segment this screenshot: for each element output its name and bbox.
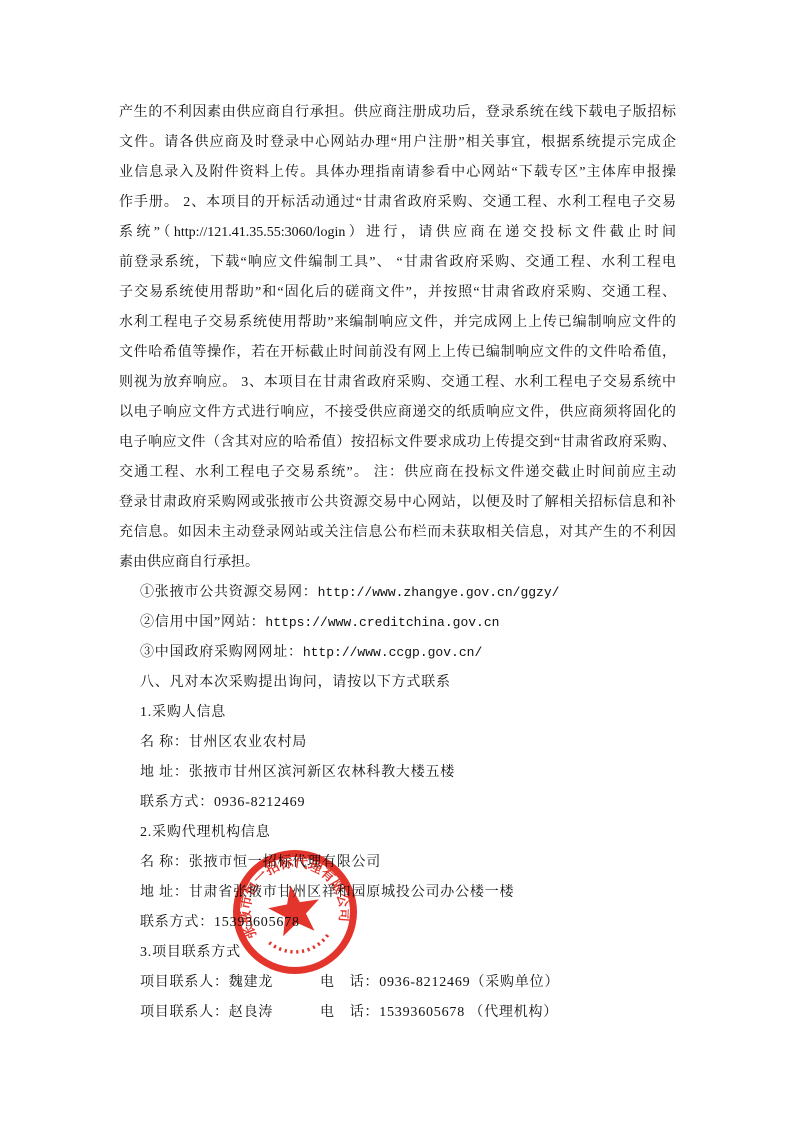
agency-name: 名 称：张掖市恒一招标代理有限公司 [119, 848, 676, 878]
link-label: ①张掖市公共资源交易网： [140, 585, 318, 600]
paragraph-line: 登录甘肃政府采购网或张掖市公共资源交易中心网站，以便及时了解相关招标信息和补 [119, 488, 676, 518]
zhangye-ggzy-url[interactable]: http://www.zhangye.gov.cn/ggzy/ [318, 585, 560, 600]
paragraph-line: 子交易系统使用帮助”和“固化后的磋商文件”，并按照“甘肃省政府采购、交通工程、 [119, 278, 676, 308]
paragraph-line: 则视为放弃响应。 3、本项目在甘肃省政府采购、交通工程、水利工程电子交易系统中 [119, 368, 676, 398]
link-line-ccgp: ③中国政府采购网网址：http://www.ccgp.gov.cn/ [119, 638, 676, 668]
paragraph-line: 素由供应商自行承担。 [119, 548, 676, 578]
link-line-zhangye: ①张掖市公共资源交易网：http://www.zhangye.gov.cn/gg… [119, 578, 676, 608]
link-label: ③中国政府采购网网址： [140, 645, 303, 660]
paragraph-line: 交通工程、水利工程电子交易系统”。 注：供应商在投标文件递交截止时间前应主动 [119, 458, 676, 488]
section-heading-contact-methods: 八、凡对本次采购提出询问，请按以下方式联系 [119, 668, 676, 698]
document-content: 产生的不利因素由供应商自行承担。供应商注册成功后，登录系统在线下载电子版招标文件… [119, 98, 676, 1028]
agency-info-heading: 2.采购代理机构信息 [119, 818, 676, 848]
contact-phone: 电 话：15393605678 （代理机构） [320, 998, 558, 1028]
contact-phone: 电 话：0936-8212469（采购单位） [320, 968, 559, 998]
agency-phone: 联系方式：15393605678 [119, 908, 676, 938]
paragraph-line: 系统”（http://121.41.35.55:3060/login）进行，请供… [119, 218, 676, 248]
purchaser-phone: 联系方式：0936-8212469 [119, 788, 676, 818]
project-contact-row: 项目联系人：赵良涛 电 话：15393605678 （代理机构） [119, 998, 676, 1028]
body-paragraph: 产生的不利因素由供应商自行承担。供应商注册成功后，登录系统在线下载电子版招标文件… [119, 98, 676, 578]
contact-person: 项目联系人：赵良涛 [140, 998, 320, 1028]
paragraph-line: 文件哈希值等操作，若在开标截止时间前没有网上上传已编制响应文件的文件哈希值， [119, 338, 676, 368]
purchaser-info-heading: 1.采购人信息 [119, 698, 676, 728]
paragraph-line: 以电子响应文件方式进行响应，不接受供应商递交的纸质响应文件，供应商须将固化的 [119, 398, 676, 428]
paragraph-line: 产生的不利因素由供应商自行承担。供应商注册成功后，登录系统在线下载电子版招标 [119, 98, 676, 128]
link-line-creditchina: ②信用中国”网站：https://www.creditchina.gov.cn [119, 608, 676, 638]
contact-person: 项目联系人：魏建龙 [140, 968, 320, 998]
agency-address: 地 址：甘肃省张掖市甘州区祥和园原城投公司办公楼一楼 [119, 878, 676, 908]
paragraph-line: 电子响应文件（含其对应的哈希值）按招标文件要求成功上传提交到“甘肃省政府采购、 [119, 428, 676, 458]
link-label: ②信用中国”网站： [140, 615, 265, 630]
document-page: 产生的不利因素由供应商自行承担。供应商注册成功后，登录系统在线下载电子版招标文件… [0, 0, 793, 1122]
paragraph-line: 前登录系统，下载“响应文件编制工具”、 “甘肃省政府采购、交通工程、水利工程电 [119, 248, 676, 278]
purchaser-address: 地 址：张掖市甘州区滨河新区农林科教大楼五楼 [119, 758, 676, 788]
ccgp-url[interactable]: http://www.ccgp.gov.cn/ [303, 645, 482, 660]
creditchina-url[interactable]: https://www.creditchina.gov.cn [265, 615, 499, 630]
paragraph-line: 作手册。 2、本项目的开标活动通过“甘肃省政府采购、交通工程、水利工程电子交易 [119, 188, 676, 218]
project-contact-row: 项目联系人：魏建龙 电 话：0936-8212469（采购单位） [119, 968, 676, 998]
paragraph-line: 充信息。如因未主动登录网站或关注信息公布栏而未获取相关信息，对其产生的不利因 [119, 518, 676, 548]
project-contact-heading: 3.项目联系方式 [119, 938, 676, 968]
paragraph-line: 业信息录入及附件资料上传。具体办理指南请参看中心网站“下载专区”主体库申报操 [119, 158, 676, 188]
paragraph-line: 水利工程电子交易系统使用帮助”来编制响应文件，并完成网上上传已编制响应文件的 [119, 308, 676, 338]
purchaser-name: 名 称：甘州区农业农村局 [119, 728, 676, 758]
paragraph-line: 文件。请各供应商及时登录中心网站办理“用户注册”相关事宜，根据系统提示完成企 [119, 128, 676, 158]
